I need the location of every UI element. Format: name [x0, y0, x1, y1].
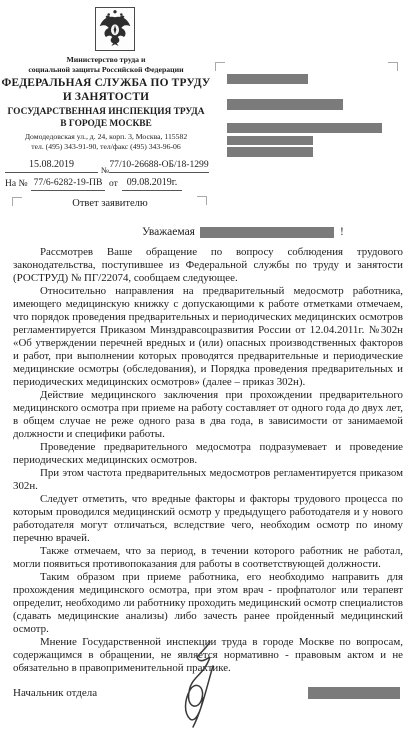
reply-prefix: На №: [5, 179, 28, 189]
recipient-corner-mark-right: [388, 62, 398, 71]
letter-body: Рассмотрев Ваше обращение по вопросу соб…: [13, 246, 403, 675]
reply-corner-mark-left: [12, 197, 22, 206]
redaction-bar: [227, 147, 313, 157]
paragraph: Следует отметить, что вредные факторы и …: [13, 493, 403, 545]
agency-name: ФЕДЕРАЛЬНАЯ СЛУЖБА ПО ТРУДУ И ЗАНЯТОСТИ: [0, 77, 212, 104]
outgoing-date: 15.08.2019: [5, 159, 98, 173]
reply-corner-mark-right: [197, 196, 207, 205]
scanned-letter-page: Министерство труда и социальной защиты Р…: [0, 0, 414, 732]
outgoing-number: 77/10-26688-ОБ/18-1299: [109, 159, 209, 173]
paragraph: Действие медицинского заключения при про…: [13, 389, 403, 441]
letterhead-phones: тел. (495) 343-91-90, тел/факс (495) 343…: [0, 142, 212, 152]
paragraph: При этом частота предварительных медосмо…: [13, 467, 403, 493]
redaction-bar-addressee-name: [200, 227, 334, 238]
paragraph: Таким образом при приеме работника, его …: [13, 571, 403, 636]
redaction-bar: [227, 74, 308, 84]
greeting-exclamation: !: [340, 226, 344, 238]
redaction-bar: [227, 123, 382, 133]
recipient-corner-mark-left: [215, 62, 225, 71]
letterhead: Министерство труда и социальной защиты Р…: [0, 0, 212, 155]
paragraph: Также отмечаем, что за период, в течении…: [13, 545, 403, 571]
redaction-bar: [227, 136, 313, 145]
coat-of-arms-icon: [95, 7, 135, 51]
handwritten-signature-icon: [168, 634, 230, 732]
incoming-date: 09.08.2019г.: [122, 177, 182, 191]
number-sign: №: [101, 165, 109, 175]
ministry-name: Министерство труда и социальной защиты Р…: [6, 55, 206, 74]
inspection-name: ГОСУДАРСТВЕННАЯ ИНСПЕКЦИЯ ТРУДА В ГОРОДЕ…: [0, 107, 212, 130]
letterhead-address: Домодедовская ул., д. 24, корп. 3, Москв…: [0, 132, 212, 142]
redaction-bar-signer-name: [308, 687, 400, 699]
reply-note: Ответ заявителю: [30, 198, 190, 209]
greeting-line: Уважаемая !: [142, 226, 344, 238]
signer-title: Начальник отдела: [13, 687, 97, 699]
redaction-bar: [227, 99, 343, 110]
from-word: от: [109, 179, 118, 189]
salutation: Уважаемая: [142, 226, 195, 238]
paragraph: Рассмотрев Ваше обращение по вопросу соб…: [13, 246, 403, 285]
paragraph: Относительно направления на предваритель…: [13, 285, 403, 389]
incoming-number: 77/6-6282-19-ПВ: [31, 177, 105, 191]
paragraph: Проведение предварительного медосмотра п…: [13, 441, 403, 467]
